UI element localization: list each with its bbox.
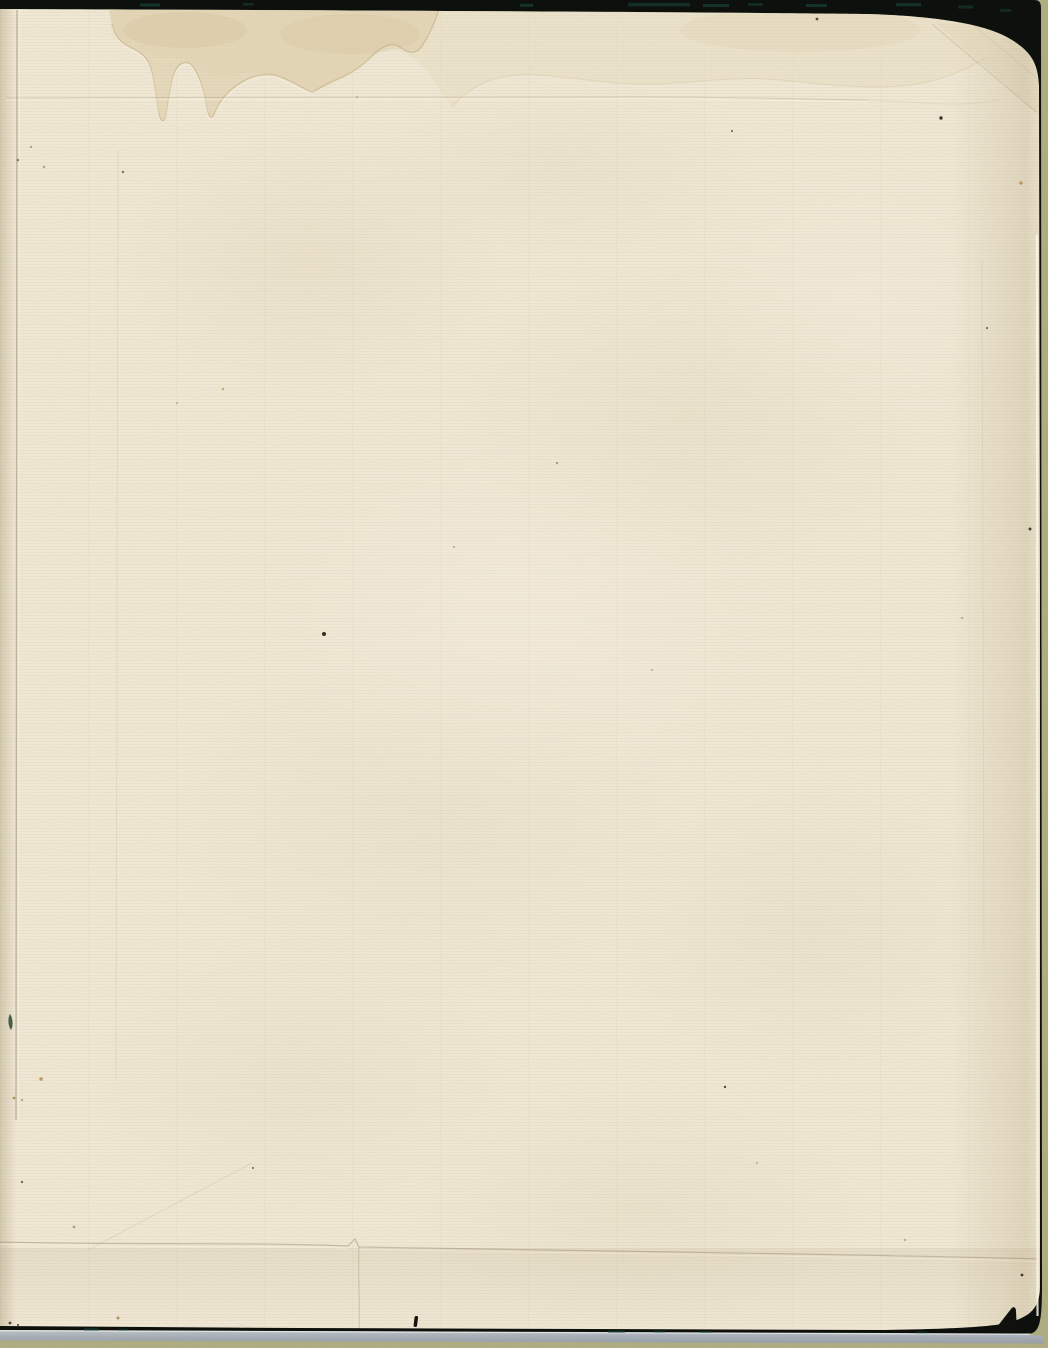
scan-grain-overlay	[0, 0, 1048, 1348]
scan-image	[0, 0, 1048, 1348]
book-scan	[0, 0, 1048, 1348]
